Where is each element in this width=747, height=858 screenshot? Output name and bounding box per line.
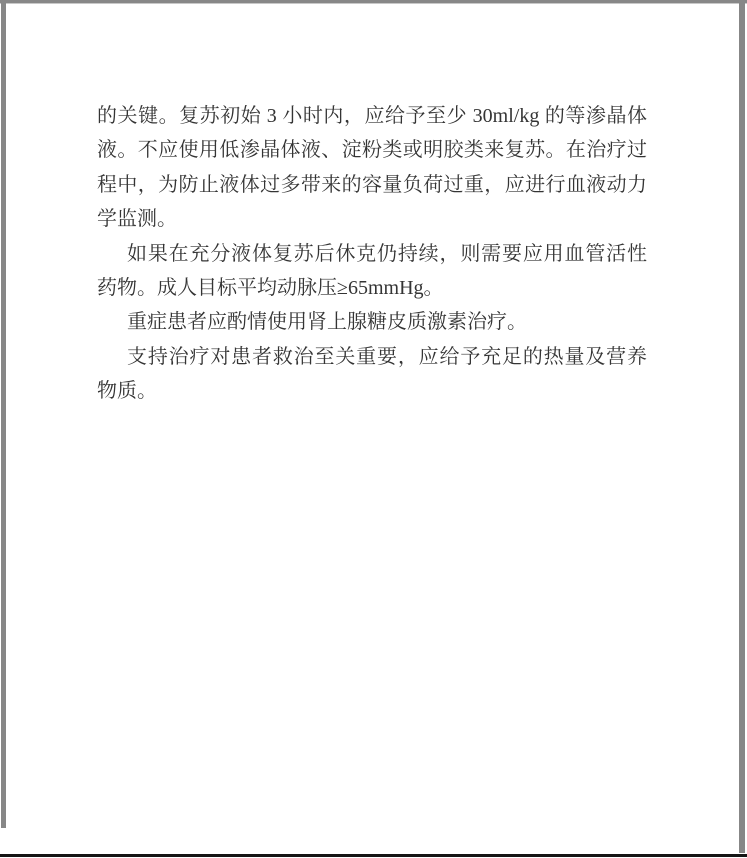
text-line: 学监测。 — [97, 202, 647, 236]
document-text: 的关键。复苏初始 3 小时内，应给予至少 30ml/kg 的等渗晶体液。不应使用… — [97, 99, 647, 409]
scan-edge-bottom — [0, 854, 747, 857]
scan-edge-left — [1, 0, 6, 828]
text-line: 重症患者应酌情使用肾上腺糖皮质激素治疗。 — [97, 305, 647, 339]
text-line: 药物。成人目标平均动脉压≥65mmHg。 — [97, 271, 647, 305]
text-line: 的关键。复苏初始 3 小时内，应给予至少 30ml/kg 的等渗晶体 — [97, 99, 647, 133]
scan-edge-right — [739, 0, 745, 853]
text-line: 支持治疗对患者救治至关重要，应给予充足的热量及营养 — [97, 340, 647, 374]
text-line: 程中，为防止液体过多带来的容量负荷过重，应进行血液动力 — [97, 168, 647, 202]
text-line: 液。不应使用低渗晶体液、淀粉类或明胶类来复苏。在治疗过 — [97, 133, 647, 167]
text-line: 物质。 — [97, 374, 647, 408]
scan-edge-top — [0, 0, 747, 4]
scanned-document-page: 的关键。复苏初始 3 小时内，应给予至少 30ml/kg 的等渗晶体液。不应使用… — [0, 0, 747, 858]
text-line: 如果在充分液体复苏后休克仍持续，则需要应用血管活性 — [97, 237, 647, 271]
